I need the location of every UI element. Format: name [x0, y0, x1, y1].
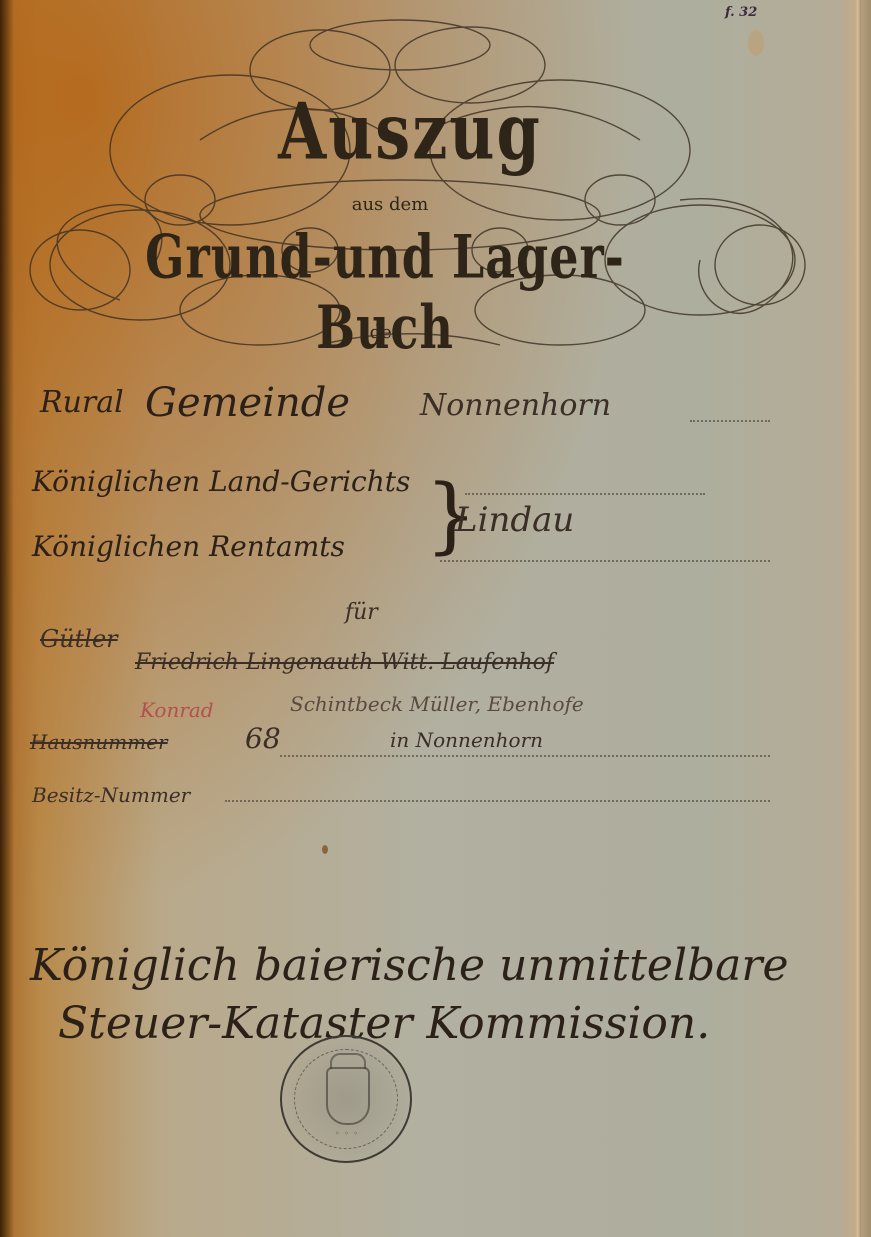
fill-line: [690, 420, 770, 422]
ink-stain: [322, 845, 328, 854]
red-ink-correction: Konrad: [140, 698, 214, 722]
document-page: f. 32 Auszug aus dem Grund: [0, 0, 871, 1237]
authority-line-2: Steuer-Kataster Kommission.: [58, 998, 710, 1049]
fill-line: [440, 560, 770, 562]
gemeinde-value: Nonnenhorn: [420, 388, 611, 423]
document-title: Auszug: [200, 86, 620, 177]
title-subheading: aus dem: [330, 194, 450, 215]
fill-line: [280, 755, 770, 757]
rentamt-label: Königlichen Rentamts: [32, 530, 345, 563]
fill-line: [465, 493, 705, 495]
seal-inscription: ◦ ◦ ◦: [312, 1129, 382, 1138]
besitz-nummer-label: Besitz-Nummer: [32, 783, 190, 807]
hausnummer-location: in Nonnenhorn: [390, 728, 543, 752]
gemeinde-label-prefix: Rural: [40, 385, 124, 420]
district-value: Lindau: [455, 500, 574, 540]
coat-of-arms-icon: [326, 1067, 370, 1125]
landgericht-label: Königlichen Land-Gerichts: [32, 465, 410, 498]
official-seal-stamp: ◦ ◦ ◦: [280, 1035, 412, 1163]
hausnummer-value: 68: [245, 722, 281, 755]
owner-addition: Schintbeck Müller, Ebenhofe: [290, 692, 584, 716]
struck-occupation: Gütler: [40, 625, 118, 653]
fuer-label: für: [345, 600, 378, 625]
hausnummer-label: Hausnummer: [30, 730, 168, 754]
fill-line: [225, 800, 770, 802]
paper-stain: [748, 30, 764, 56]
gemeinde-label: Gemeinde: [145, 380, 350, 426]
authority-line-1: Königlich baierische unmittelbare: [30, 940, 788, 991]
title-der: der: [355, 322, 415, 343]
struck-owner-name: Friedrich Lingenauth Witt. Laufenhof: [135, 650, 554, 675]
